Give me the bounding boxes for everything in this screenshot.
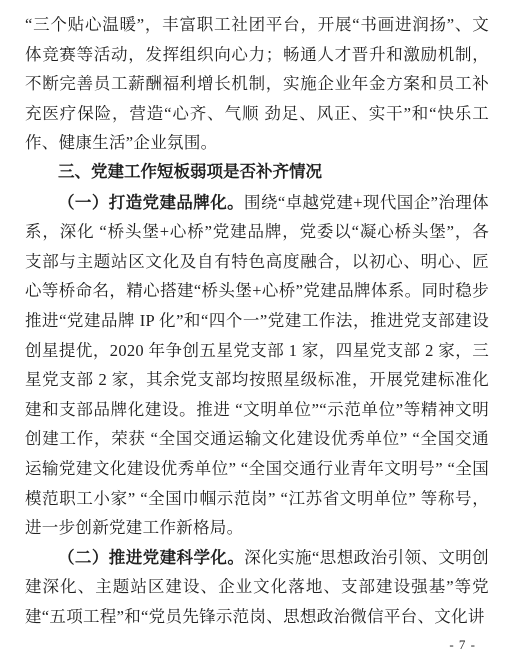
section-heading-party-building-shortcomings: 三、党建工作短板弱项是否补齐情况 <box>25 158 489 188</box>
document-content: “三个贴心温暖”，丰富职工社团平台，开展“书画进润扬”、文体竞赛等活动，发挥组织… <box>25 10 489 631</box>
paragraph-brand-building-body: 围绕“卓越党建+现代国企”治理体系，深化 “桥头堡+心桥”党建品牌，党委以“凝心… <box>25 193 489 538</box>
paragraph-brand-building-lead: （一）打造党建品牌化。 <box>58 193 244 212</box>
document-page: “三个贴心温暖”，丰富职工社团平台，开展“书画进润扬”、文体竞赛等活动，发挥组织… <box>0 0 508 669</box>
page-number: - 7 - <box>449 637 476 653</box>
paragraph-scientific-party-building-lead: （二）推进党建科学化。 <box>58 548 244 567</box>
paragraph-scientific-party-building: （二）推进党建科学化。深化实施“思想政治引领、文明创建深化、主题站区建设、企业文… <box>25 543 489 632</box>
paragraph-brand-building: （一）打造党建品牌化。围绕“卓越党建+现代国企”治理体系，深化 “桥头堡+心桥”… <box>25 188 489 543</box>
paragraph-employee-care-continuation: “三个贴心温暖”，丰富职工社团平台，开展“书画进润扬”、文体竞赛等活动，发挥组织… <box>25 10 489 158</box>
